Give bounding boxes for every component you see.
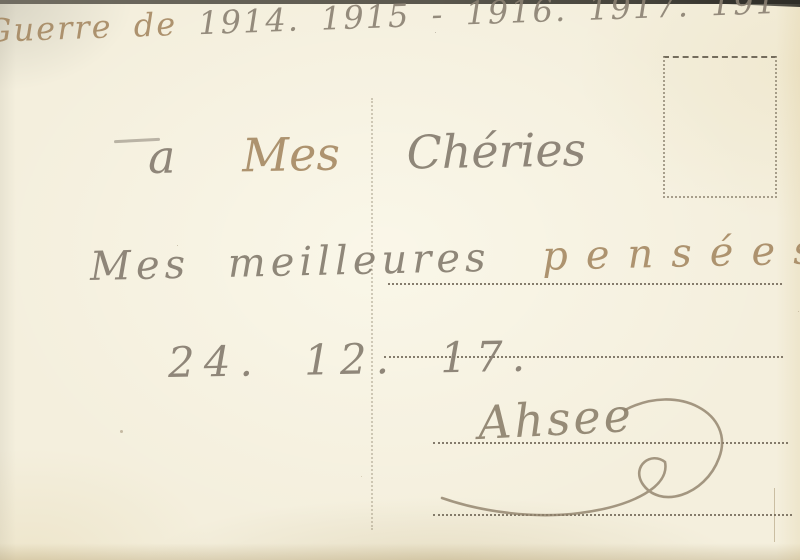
salutation-cheries: Chéries: [406, 122, 586, 179]
salutation-mes: Mes: [242, 127, 341, 183]
salutation-a: a: [148, 130, 176, 184]
handwriting-salutation: a Mes Chéries: [148, 122, 587, 184]
postcard-scan: Guerre de 1914. 1915 - 1916. 1917. 191 ?…: [0, 0, 800, 560]
war-years-prefix: Guerre de: [0, 5, 178, 50]
handwriting-war-years: Guerre de 1914. 1915 - 1916. 1917. 191 ?…: [0, 0, 800, 50]
signature-flourish: [430, 382, 740, 534]
war-years-numbers: 1914. 1915 - 1916. 1917. 191: [198, 0, 779, 42]
handwriting-message: Mes meilleures pensées: [89, 227, 800, 290]
message-main: Mes meilleures: [89, 235, 491, 290]
paper-specks: [120, 430, 123, 433]
message-pensees: pensées: [542, 227, 800, 280]
address-line-1: [388, 283, 782, 285]
handwriting-date: 24. 12. 17.: [168, 332, 535, 387]
stamp-box: [663, 56, 777, 198]
